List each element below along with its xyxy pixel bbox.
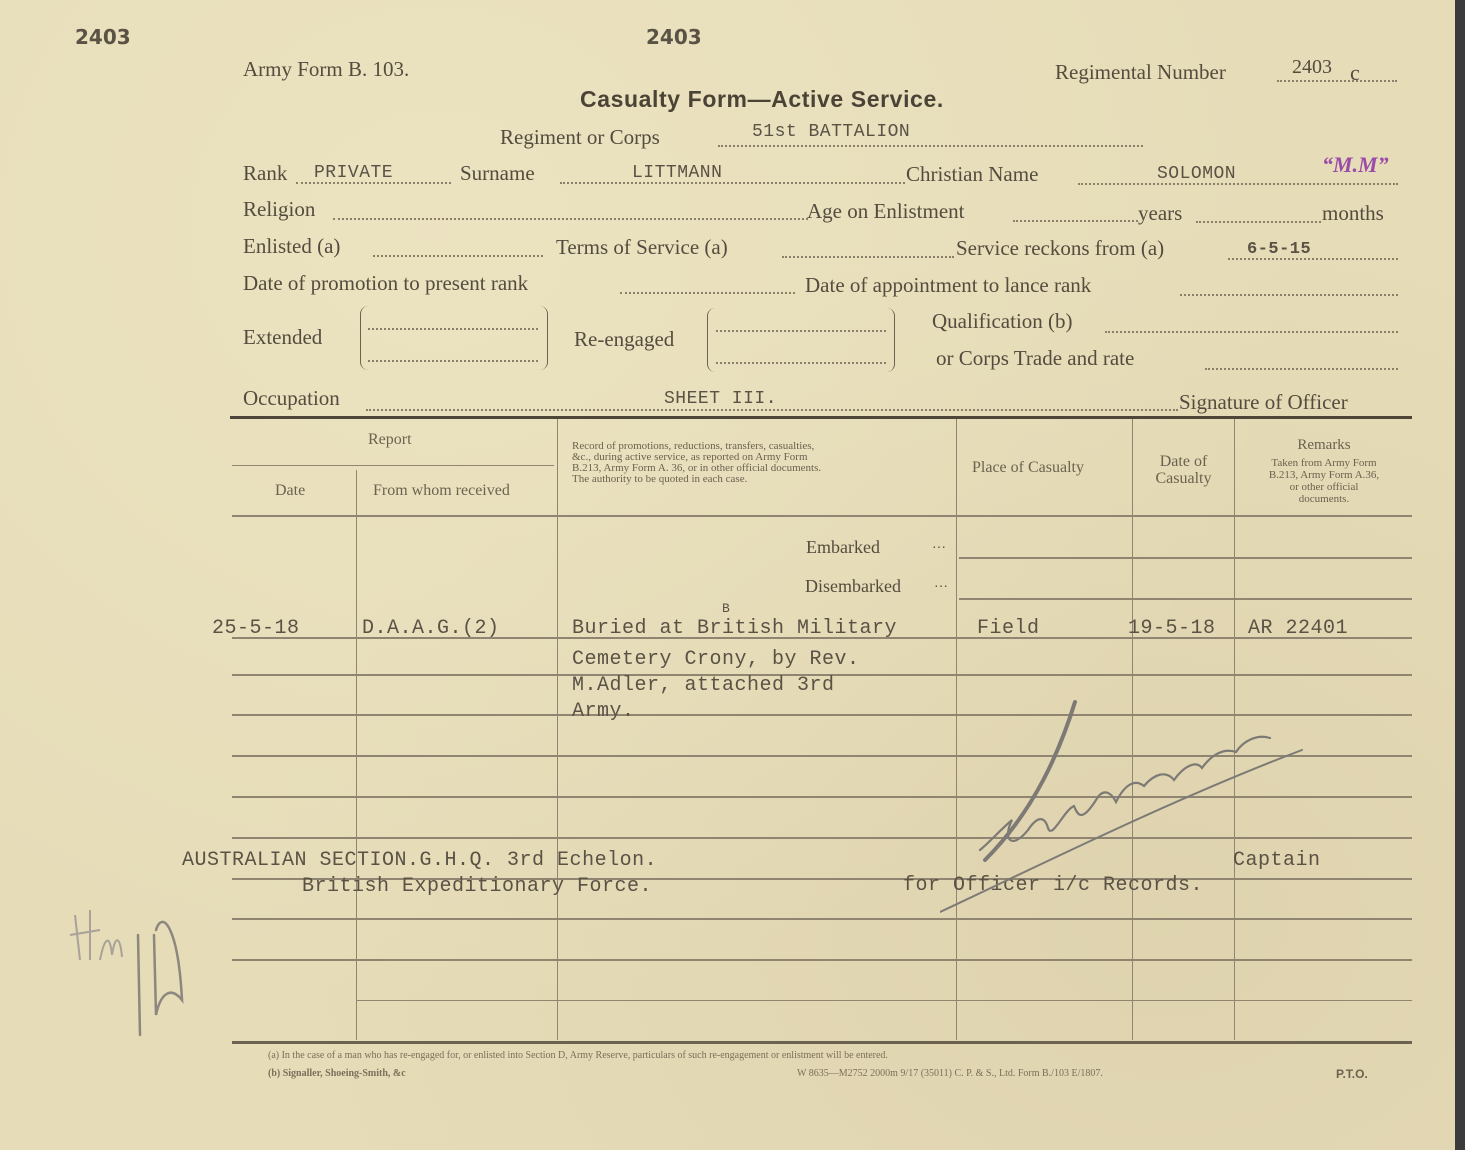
row-line-embarked xyxy=(959,557,1412,559)
regiment-dots xyxy=(718,145,1143,147)
footnote-b: (b) Signaller, Shoeing-Smith, &c xyxy=(268,1068,406,1079)
promotion-label: Date of promotion to present rank xyxy=(243,271,528,296)
age-months-dots xyxy=(1196,221,1321,223)
terms-label: Terms of Service (a) xyxy=(556,235,728,260)
authority-line-2: British Expeditionary Force. xyxy=(302,875,652,898)
entry-remarks: AR 22401 xyxy=(1248,617,1348,640)
row-line-disembarked xyxy=(959,598,1412,600)
rank-label: Rank xyxy=(243,161,287,186)
header-date-of-casualty-1: Date of xyxy=(1133,453,1234,471)
service-reckons-value: 6-5-15 xyxy=(1247,240,1311,259)
header-report: Report xyxy=(368,431,412,449)
religion-label: Religion xyxy=(243,197,315,222)
enlisted-label: Enlisted (a) xyxy=(243,234,340,259)
age-years-dots xyxy=(1013,220,1138,222)
entry-place: Field xyxy=(977,617,1040,640)
signature-of-officer-label: Signature of Officer xyxy=(1179,390,1348,415)
officer-signature-icon xyxy=(940,690,1320,920)
rank-value: PRIVATE xyxy=(314,163,393,183)
header-date-of-casualty-2: Casualty xyxy=(1133,470,1234,488)
christian-name-value: SOLOMON xyxy=(1157,164,1236,184)
entry-record-line-1: Buried at British Military xyxy=(572,617,897,640)
row-line xyxy=(232,959,1412,961)
table-bottom-rule xyxy=(232,1041,1412,1044)
header-from-whom-received: From whom received xyxy=(373,482,510,500)
surname-dots xyxy=(560,182,905,184)
header-date: Date xyxy=(275,482,305,500)
enlisted-dots xyxy=(373,255,543,257)
regimental-number-suffix: c xyxy=(1350,60,1360,86)
regimental-number-value: 2403 xyxy=(1292,56,1332,79)
regimental-number-label: Regimental Number xyxy=(1055,60,1226,85)
qualification-dots xyxy=(1105,331,1398,333)
header-remarks-sub-4: documents. xyxy=(1235,494,1413,505)
casualty-form-document: 2403 2403 Army Form B. 103. Regimental N… xyxy=(0,0,1455,1150)
lance-rank-dots xyxy=(1180,294,1398,296)
service-reckons-label: Service reckons from (a) xyxy=(956,236,1164,261)
qualification-label: Qualification (b) xyxy=(932,309,1073,334)
pto-label: P.T.O. xyxy=(1336,1067,1368,1081)
disembarked-dots: … xyxy=(934,576,948,592)
surname-label: Surname xyxy=(460,161,535,186)
row-line xyxy=(356,1000,1412,1001)
corps-trade-label: or Corps Trade and rate xyxy=(936,346,1134,371)
authority-line-1: AUSTRALIAN SECTION.G.H.Q. 3rd Echelon. xyxy=(182,849,657,872)
printer-imprint: W 8635—M2752 2000m 9/17 (35011) C. P. & … xyxy=(797,1068,1103,1079)
header-remarks-sub-2: B.213, Army Form A.36, xyxy=(1235,470,1413,481)
column-divider-from xyxy=(557,419,558,1040)
reengaged-line-1[interactable] xyxy=(716,330,886,332)
header-remarks: Remarks xyxy=(1235,437,1413,454)
months-label: months xyxy=(1322,201,1384,226)
occupation-label: Occupation xyxy=(243,386,340,411)
lance-rank-label: Date of appointment to lance rank xyxy=(805,273,1091,298)
extended-label: Extended xyxy=(243,325,322,350)
handwritten-mm-mark: “M.M” xyxy=(1322,152,1389,178)
terms-dots xyxy=(782,256,954,258)
entry-from-whom: D.A.A.G.(2) xyxy=(362,617,500,640)
entry-record-correction: B xyxy=(722,601,730,616)
occupation-dots xyxy=(366,409,1178,411)
reengaged-line-2[interactable] xyxy=(716,362,886,364)
file-number-left: 2403 xyxy=(75,25,131,49)
margin-initials-icon xyxy=(60,905,200,1045)
footnote-a: (a) In the case of a man who has re-enga… xyxy=(268,1050,888,1061)
years-label: years xyxy=(1138,201,1182,226)
form-id: Army Form B. 103. xyxy=(243,57,409,82)
header-remarks-sub-1: Taken from Army Form xyxy=(1235,458,1413,469)
file-number-center: 2403 xyxy=(646,25,702,49)
corps-trade-dots xyxy=(1205,368,1398,370)
entry-record-line-4: Army. xyxy=(572,700,635,723)
promotion-dots xyxy=(620,292,795,294)
christian-name-dots xyxy=(1078,183,1398,185)
extended-line-2[interactable] xyxy=(368,360,538,362)
entry-date: 25-5-18 xyxy=(212,617,300,640)
age-label: Age on Enlistment xyxy=(807,199,964,224)
religion-dots xyxy=(333,218,808,220)
extended-line-1[interactable] xyxy=(368,328,538,330)
embarked-label: Embarked xyxy=(806,537,880,558)
form-title: Casualty Form—Active Service. xyxy=(580,86,944,113)
christian-name-label: Christian Name xyxy=(906,162,1038,187)
entry-record-line-3: M.Adler, attached 3rd xyxy=(572,674,835,697)
surname-value: LITTMANN xyxy=(632,163,722,183)
reengaged-label: Re-engaged xyxy=(574,327,674,352)
regiment-value: 51st BATTALION xyxy=(752,122,910,142)
occupation-value: SHEET III. xyxy=(664,389,777,409)
regiment-label: Regiment or Corps xyxy=(500,125,660,150)
entry-record-line-2: Cemetery Crony, by Rev. xyxy=(572,648,860,671)
header-remarks-sub-3: or other official xyxy=(1235,482,1413,493)
regimental-number-dots xyxy=(1277,80,1397,82)
header-record-line-4: The authority to be quoted in each case. xyxy=(572,474,747,485)
embarked-dots: … xyxy=(932,537,946,553)
entry-date-of-casualty: 19-5-18 xyxy=(1128,617,1216,640)
header-bottom-rule xyxy=(232,515,1412,517)
disembarked-label: Disembarked xyxy=(805,576,901,597)
header-place-of-casualty: Place of Casualty xyxy=(972,459,1084,477)
report-header-divider xyxy=(232,465,554,466)
